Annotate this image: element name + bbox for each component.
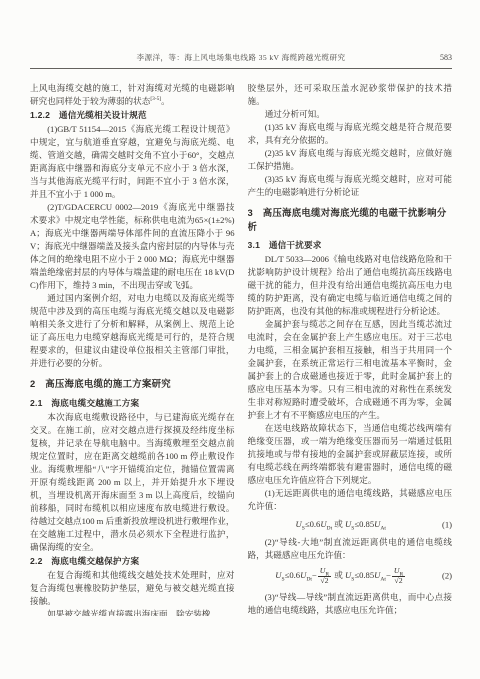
equation-body: US≤0.6UDt−UR√2 或 US≤0.85UAt−UR√2 [275,570,406,580]
paragraph: (1)35 kV 海底电缆与海底光缆交越是符合规范要求，具有充分依据的。 [248,121,453,147]
equation-1: US≤0.6UDt 或 US≤0.85UAt(1) [248,518,453,531]
paragraph-continued: 胶垫层外，还可采取压盖水泥砂浆带保护的技术措施。 [248,82,453,108]
paragraph: 本次海底电缆敷设路径中，与已建海底光缆存在交叉。在施工前，应对交越点进行探摸及经… [30,411,235,554]
citation-superscript: [3-5] [150,96,161,102]
text-columns: 上风电海缆交越的施工，针对海缆对光缆的电磁影响研究也同样处于较为薄弱的状态[3-… [30,82,452,679]
paragraph: (2)T/GDACERCU 0002—2019《海底光中继器技术要求》中规定电学… [30,201,235,292]
paragraph: (3)35 kV 海底电缆与海底光缆交越时，应对可能产生的电磁影响进行分析论证 [248,173,453,199]
paragraph: 如果被交越光缆直接露出海床面，除安装橡 [30,608,235,617]
paragraph: 在复合海缆和其他缆线交越处技术处理时，应对复合海缆包裹橡胶防护垫层，避免与被交越… [30,569,235,608]
paper-page: 李源洋，等：海上风电场集电线路 35 kV 海缆跨越光缆研究 583 上风电海缆… [0,0,480,679]
paragraph: 在送电线路故障状态下，当通信电缆芯线两端有绝缘变压器，或一端为绝缘变压器而另一端… [248,422,453,487]
section-heading: 3 高压海底电缆对海底光缆的电磁干扰影响分析 [248,206,453,233]
paragraph: (2)35 kV 海底电缆与海底光缆交越时，应做好施工保护措施。 [248,147,453,173]
equation-number: (2) [442,570,452,583]
paragraph: (3)“导线—导线”制直流远距离供电，而中心点接地的通信电缆线路，其感应电压允许… [248,591,453,616]
paragraph: DL/T 5033—2006《输电线路对电信线路危险和干扰影响防护设计规程》给出… [248,253,453,318]
equation-2: US≤0.6UDt−UR√2 或 US≤0.85UAt−UR√2(2) [248,567,453,586]
subsection-heading: 3.1 通信干扰要求 [248,239,453,252]
paragraph-continued: 上风电海缆交越的施工，针对海缆对光缆的电磁影响研究也同样处于较为薄弱的状态[3-… [30,82,235,108]
subsection-heading: 1.2.2 通信光缆相关设计规范 [30,109,235,122]
equation-number: (1) [442,518,452,531]
header-rule [30,68,452,69]
paragraph: 金属护套与缆芯之间存在互感，因此当缆芯流过电流时，会在金属护套上产生感应电压。对… [248,318,453,422]
paragraph: (1)无远距离供电的通信电缆线路，其磁感应电压允许值： [248,487,453,513]
section-heading: 2 高压海底电缆的施工方案研究 [30,377,235,391]
paragraph: (2)“导线-大地”制直流远距离供电的通信电缆线路，其磁感应电压允许值： [248,536,453,562]
paragraph: 通过分析可知。 [248,108,453,121]
right-column: 胶垫层外，还可采取压盖水泥砂浆带保护的技术措施。通过分析可知。(1)35 kV … [248,82,453,616]
running-header: 李源洋，等：海上风电场集电线路 35 kV 海缆跨越光缆研究 583 [30,52,452,64]
page-number: 583 [440,52,452,64]
equation-body: US≤0.6UDt 或 US≤0.85UAt [296,519,386,529]
subsection-heading: 2.2 海底电缆交越保护方案 [30,555,235,568]
subsection-heading: 2.1 海底电缆交越施工方案 [30,397,235,410]
running-title: 李源洋，等：海上风电场集电线路 35 kV 海缆跨越光缆研究 [136,53,345,62]
left-column: 上风电海缆交越的施工，针对海缆对光缆的电磁影响研究也同样处于较为薄弱的状态[3-… [30,82,235,616]
paragraph: (1)GB/T 51154—2015《海底光缆工程设计规范》中规定，宜与航道垂直… [30,123,235,201]
paragraph: 通过国内案例介绍，对电力电缆以及海底光缆等规范中涉及到的高压电缆与海底光缆交越以… [30,292,235,370]
